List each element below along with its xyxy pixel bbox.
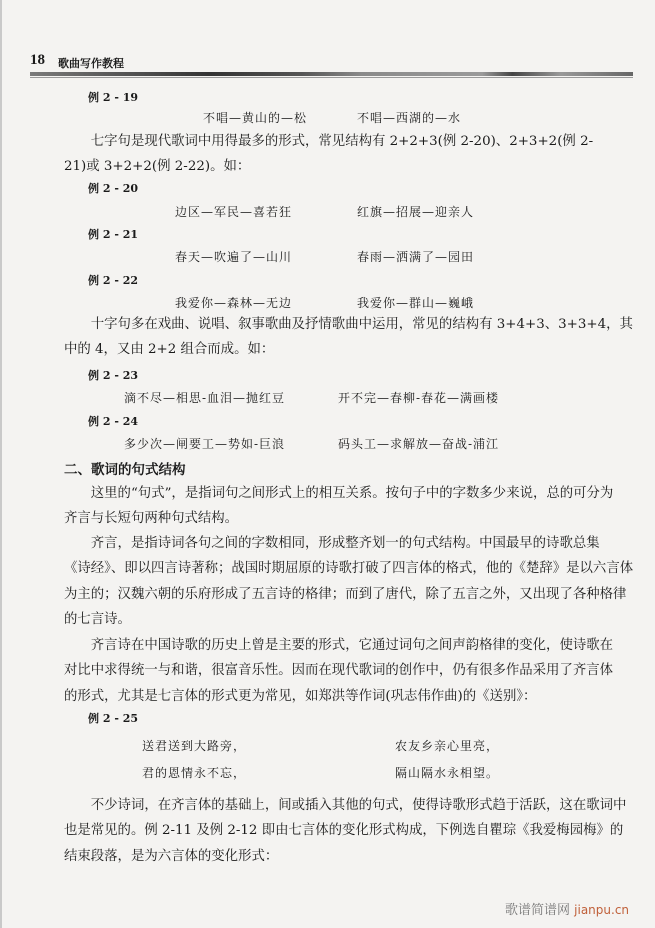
lyric-left: 多少次—闸要工—势如-巨浪 bbox=[124, 435, 285, 452]
example-label: 例 2 - 22 bbox=[88, 272, 138, 288]
lyric-left: 送君送到大路旁， bbox=[142, 737, 246, 754]
example-label: 例 2 - 20 bbox=[88, 180, 138, 196]
paragraph-line: 对比中求得统一与和谐，很富音乐性。因而在现代歌词的创作中，仍有很多作品采用了齐言… bbox=[64, 658, 624, 683]
page-edge bbox=[0, 0, 2, 928]
paragraph: 十字句多在戏曲、说唱、叙事歌曲及抒情歌曲中运用，常见的结构有 3+4+3、3+3… bbox=[64, 312, 624, 363]
lyric-right: 我爱你—群山—巍峨 bbox=[357, 294, 474, 311]
lyric-left: 我爱你—森林—无边 bbox=[175, 294, 292, 311]
page-number: 18 bbox=[30, 52, 45, 69]
running-header-title: 歌曲写作教程 bbox=[58, 55, 124, 71]
header-rule bbox=[30, 72, 633, 76]
lyric-left: 滴不尽—相思-血泪—抛红豆 bbox=[124, 389, 285, 406]
section-heading: 二、歌词的句式结构 bbox=[64, 458, 186, 478]
lyric-right: 开不完—春柳-春花—满画楼 bbox=[338, 389, 499, 406]
paragraph: 不少诗词，在齐言体的基础上，间或插入其他的句式，使得诗歌形式趋于活跃，这在歌词中… bbox=[64, 793, 624, 869]
paragraph-line: 中的 4，又由 2+2 组合而成。如： bbox=[64, 337, 624, 362]
watermark: 歌谱简谱网 jianpu.cn bbox=[505, 899, 629, 918]
example-label: 例 2 - 25 bbox=[88, 710, 138, 726]
lyric-right: 不唱—西湖的—水 bbox=[357, 109, 461, 126]
lyric-right: 隔山隔水永相望。 bbox=[395, 764, 499, 781]
lyric-left: 不唱—黄山的—松 bbox=[203, 109, 307, 126]
example-label: 例 2 - 21 bbox=[88, 226, 138, 242]
paragraph-line: 《诗经》、即以四言诗著称；战国时期屈原的诗歌打破了四言体的格式，他的《楚辞》是以… bbox=[64, 556, 624, 581]
paragraph-line: 齐言诗在中国诗歌的历史上曾是主要的形式，它通过词句之间声韵格律的变化，使诗歌在 bbox=[64, 633, 624, 658]
watermark-latin: jianpu.cn bbox=[574, 903, 629, 917]
paragraph: 七字句是现代歌词中用得最多的形式，常见结构有 2+2+3(例 2-20)、2+3… bbox=[64, 129, 624, 180]
example-label: 例 2 - 19 bbox=[88, 89, 138, 105]
example-label: 例 2 - 24 bbox=[88, 413, 138, 429]
paragraph-line: 也是常见的。例 2-11 及例 2-12 即由七言体的变化形式构成，下例选自瞿琮… bbox=[64, 818, 624, 843]
lyric-right: 春雨—洒满了—园田 bbox=[357, 248, 474, 265]
paragraph-line: 结束段落，是为六言体的变化形式： bbox=[64, 844, 624, 869]
lyric-left: 春天—吹遍了—山川 bbox=[175, 248, 292, 265]
paragraph-line: 21)或 3+2+2(例 2-22)。如： bbox=[64, 154, 624, 179]
lyric-right: 农友乡亲心里亮， bbox=[395, 737, 499, 754]
paragraph-line: 这里的“句式”，是指词句之间形式上的相互关系。按句子中的字数多少来说，总的可分为 bbox=[64, 481, 624, 506]
paragraph-line: 为主的；汉魏六朝的乐府形成了五言诗的格律；而到了唐代，除了五言之外，又出现了各种… bbox=[64, 582, 624, 607]
paragraph: 齐言，是指诗词各句之间的字数相同，形成整齐划一的句式结构。中国最早的诗歌总集 《… bbox=[64, 531, 624, 632]
paragraph-line: 齐言与长短句两种句式结构。 bbox=[64, 506, 624, 531]
lyric-left: 君的恩情永不忘， bbox=[142, 764, 246, 781]
paragraph: 这里的“句式”，是指词句之间形式上的相互关系。按句子中的字数多少来说，总的可分为… bbox=[64, 481, 624, 532]
paragraph-line: 七字句是现代歌词中用得最多的形式，常见结构有 2+2+3(例 2-20)、2+3… bbox=[64, 129, 624, 154]
watermark-cn: 歌谱简谱网 bbox=[505, 903, 570, 918]
paragraph-line: 的形式，尤其是七言体的形式更为常见，如郑洪等作词(巩志伟作曲)的《送别》： bbox=[64, 684, 624, 709]
lyric-left: 边区—军民—喜若狂 bbox=[175, 203, 292, 220]
lyric-right: 码头工—求解放—奋战-浦江 bbox=[338, 435, 499, 452]
example-label: 例 2 - 23 bbox=[88, 367, 138, 383]
paragraph-line: 的七言诗。 bbox=[64, 607, 624, 632]
paragraph-line: 不少诗词，在齐言体的基础上，间或插入其他的句式，使得诗歌形式趋于活跃，这在歌词中 bbox=[64, 793, 624, 818]
header-rule-thin bbox=[30, 77, 633, 78]
lyric-right: 红旗—招展—迎亲人 bbox=[357, 203, 474, 220]
paragraph: 齐言诗在中国诗歌的历史上曾是主要的形式，它通过词句之间声韵格律的变化，使诗歌在 … bbox=[64, 633, 624, 709]
paragraph-line: 齐言，是指诗词各句之间的字数相同，形成整齐划一的句式结构。中国最早的诗歌总集 bbox=[64, 531, 624, 556]
paragraph-line: 十字句多在戏曲、说唱、叙事歌曲及抒情歌曲中运用，常见的结构有 3+4+3、3+3… bbox=[64, 312, 624, 337]
